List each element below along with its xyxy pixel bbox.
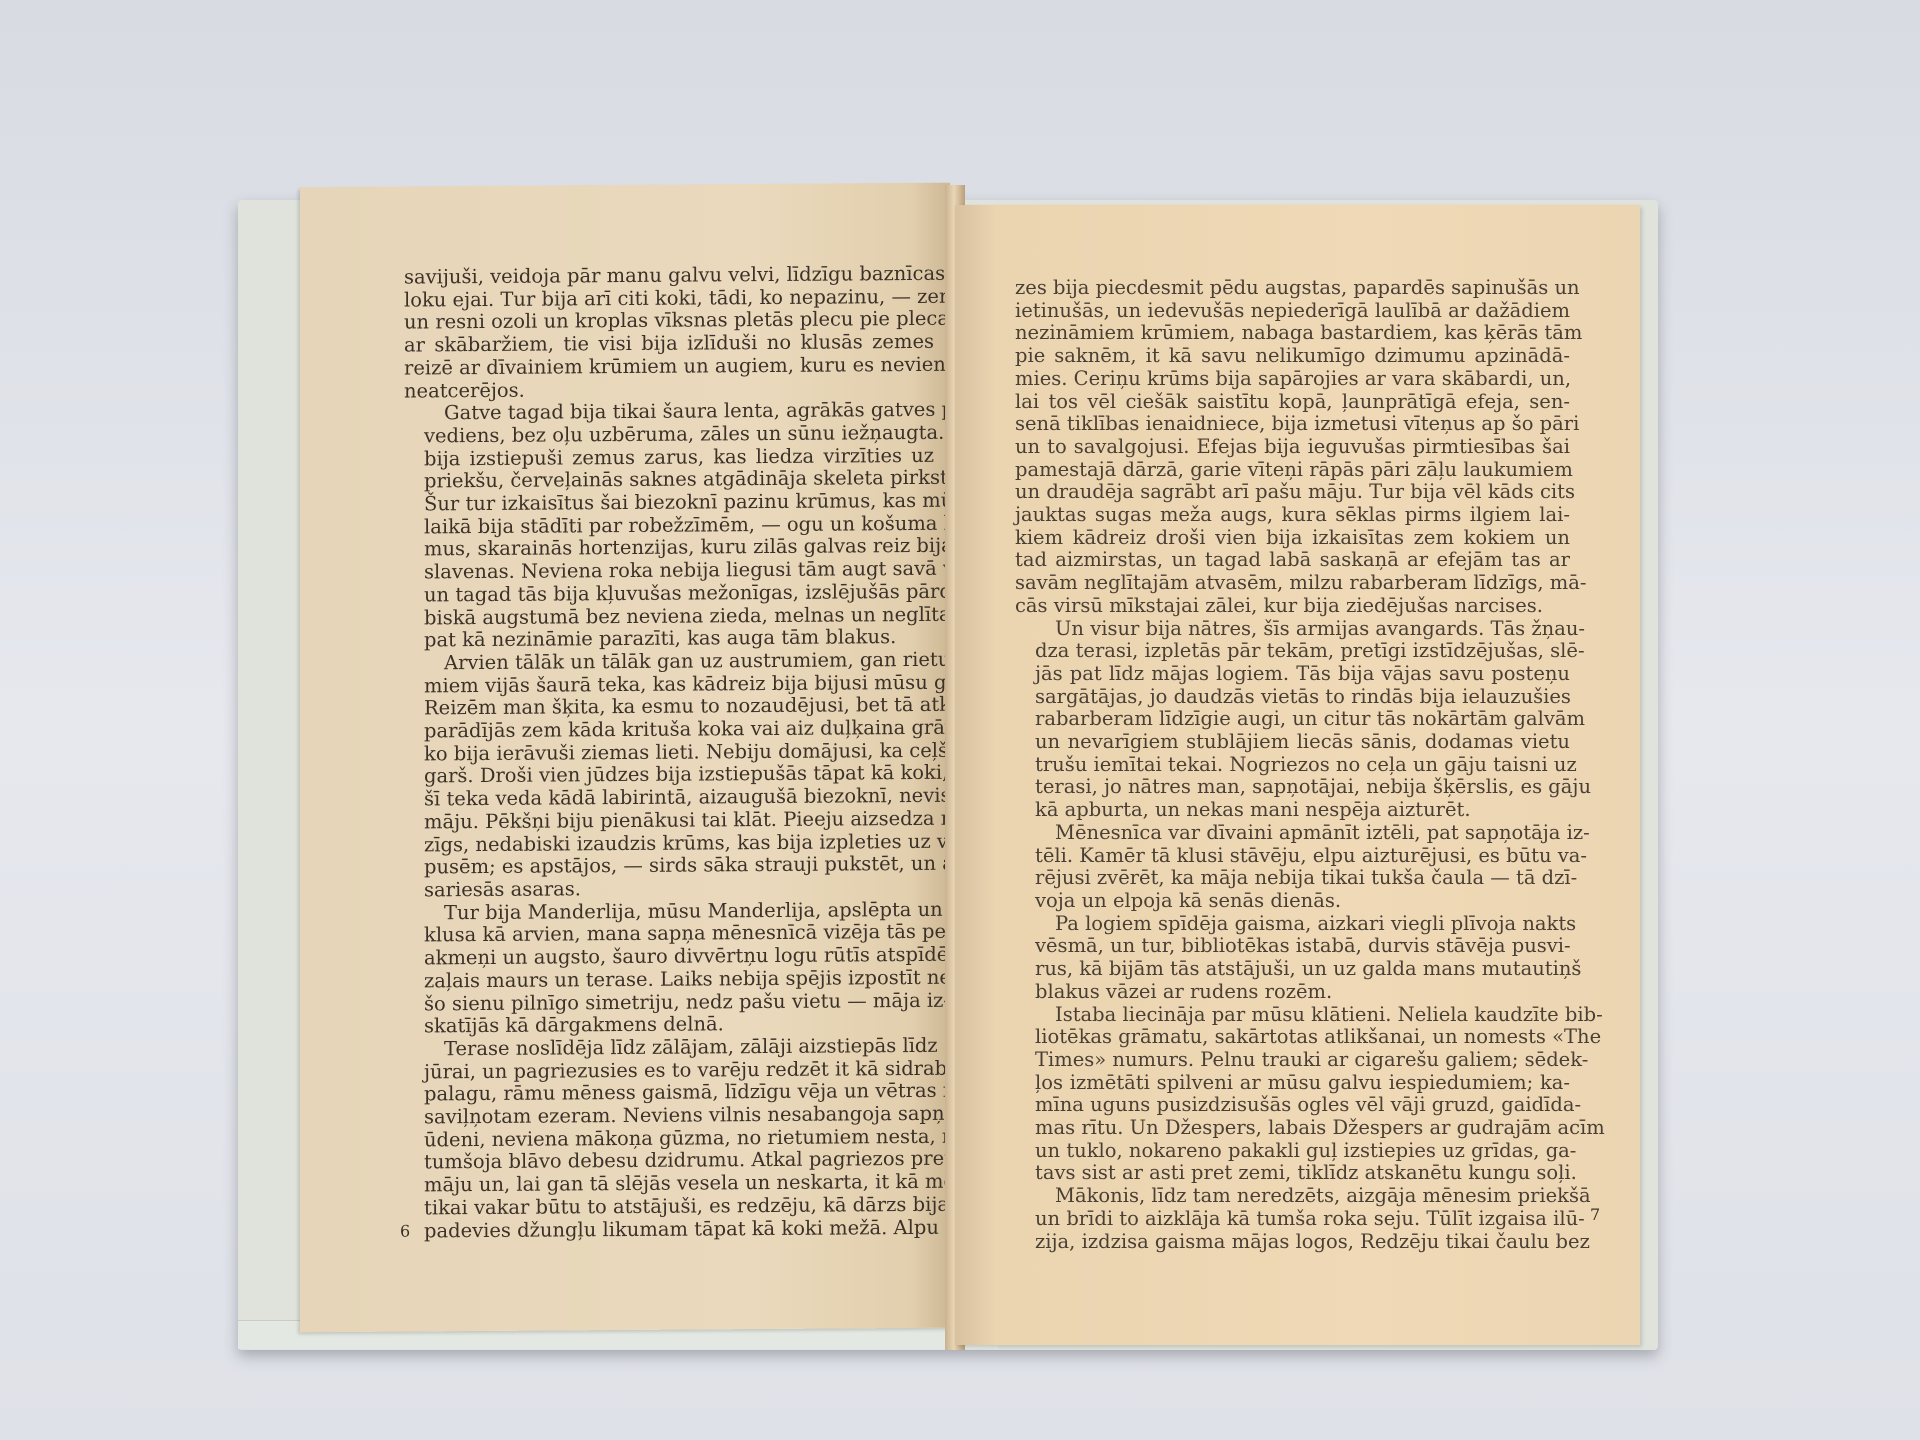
text-line: kiem kādreiz droši vien bija izkaisītas …	[1015, 527, 1570, 550]
text-line: mies. Ceriņu krūms bija sapārojies ar va…	[1015, 368, 1570, 391]
text-line: sargātājas, jo daudzās vietās to rindās …	[1015, 686, 1570, 709]
text-line: rējusi zvērēt, ka māja nebija tikai tukš…	[1015, 867, 1570, 890]
text-line: jauktas sugas meža augs, kura sēklas pir…	[1015, 504, 1570, 527]
text-line: trušu iemītai tekai. Nogriezos no ceļa u…	[1015, 754, 1570, 777]
text-line: cās virsū mīkstajai zālei, kur bija zied…	[1015, 595, 1570, 618]
text-line: mas rītu. Un Džespers, labais Džespers a…	[1015, 1117, 1570, 1140]
text-line: lai tos vēl ciešāk saistītu kopā, ļaunpr…	[1015, 391, 1570, 414]
text-line: Pa logiem spīdēja gaisma, aizkari viegli…	[1015, 913, 1570, 936]
text-line: Istaba liecināja par mūsu klātieni. Neli…	[1015, 1004, 1570, 1027]
text-line: zija, izdzisa gaisma mājas logos, Redzēj…	[1015, 1231, 1570, 1254]
text-line: rus, kā bijām tās atstājuši, un uz galda…	[1015, 958, 1570, 981]
text-line: un draudēja sagrābt arī pašu māju. Tur b…	[1015, 481, 1570, 504]
paragraph: Terase noslīdēja līdz zālājam, zālāji ai…	[404, 1035, 934, 1243]
text-line: terasi, jo nātres man, sapņotājai, nebij…	[1015, 776, 1570, 799]
text-line: ietinušās, un iedevušās nepiederīgā laul…	[1015, 300, 1570, 323]
text-line: Mākonis, līdz tam neredzēts, aizgāja mēn…	[1015, 1185, 1570, 1208]
text-line: rabarberam līdzīgie augi, un citur tās n…	[1015, 708, 1570, 731]
paragraph: zes bija piecdesmit pēdu augstas, papard…	[1015, 277, 1570, 618]
text-line: Mēnesnīca var dīvaini apmānīt iztēli, pa…	[1015, 822, 1570, 845]
text-line: un tuklo, nokareno pakakli guļ izstiepie…	[1015, 1140, 1570, 1163]
paragraph: Arvien tālāk un tālāk gan uz austrumiem,…	[404, 649, 934, 902]
paragraph: Gatve tagad bija tikai šaura lenta, agrā…	[404, 399, 934, 652]
right-page-text: zes bija piecdesmit pēdu augstas, papard…	[1015, 277, 1570, 1253]
text-line: Un visur bija nātres, šīs armijas avanga…	[1015, 618, 1570, 641]
paragraph: Tur bija Manderlija, mūsu Manderlija, ap…	[404, 899, 934, 1039]
text-line: liotēkas grāmatu, sakārtotas atlikšanai,…	[1015, 1026, 1570, 1049]
paragraph: savijuši, veidoja pār manu galvu velvi, …	[404, 263, 934, 403]
paragraph: Istaba liecināja par mūsu klātieni. Neli…	[1015, 1004, 1570, 1186]
text-line: zes bija piecdesmit pēdu augstas, papard…	[1015, 277, 1570, 300]
text-line: tavs sist ar asti pret zemi, tiklīdz ats…	[1015, 1162, 1570, 1185]
paragraph: Pa logiem spīdēja gaisma, aizkari viegli…	[1015, 913, 1570, 1004]
text-line: un nevarīgiem stublājiem liecās sānis, d…	[1015, 731, 1570, 754]
text-line: jās pat līdz mājas logiem. Tās bija vāja…	[1015, 663, 1570, 686]
text-line: dza terasi, izpletās pār tekām, pretīgi …	[1015, 640, 1570, 663]
text-line: savām neglītajām atvasēm, milzu rabarber…	[1015, 572, 1570, 595]
text-line: tad aizmirstas, un tagad labā saskaņā ar…	[1015, 549, 1570, 572]
text-line: ļos izmētāti spilveni ar mūsu galvu iesp…	[1015, 1072, 1570, 1095]
left-page: savijuši, veidoja pār manu galvu velvi, …	[300, 183, 950, 1333]
text-line: šo sienu pilnīgo simetriju, nedz pašu vi…	[404, 989, 934, 1015]
right-page: zes bija piecdesmit pēdu augstas, papard…	[955, 205, 1640, 1345]
text-line: vēsmā, un tur, bibliotēkas istabā, durvi…	[1015, 935, 1570, 958]
left-page-text: savijuši, veidoja pār manu galvu velvi, …	[404, 263, 934, 1243]
text-line: pamestajā dārzā, garie vīteņi rāpās pāri…	[1015, 459, 1570, 482]
text-line: un brīdi to aizklāja kā tumša roka seju.…	[1015, 1208, 1570, 1231]
text-line: padevies džungļu likumam tāpat kā koki m…	[404, 1216, 934, 1242]
text-line: tēli. Kamēr tā klusi stāvēju, elpu aiztu…	[1015, 845, 1570, 868]
text-line: mīna uguns pusizdzisušās ogles vēl vāji …	[1015, 1094, 1570, 1117]
text-line: nezināmiem krūmiem, nabaga bastardiem, k…	[1015, 322, 1570, 345]
text-line: un to savalgojusi. Efejas bija ieguvušas…	[1015, 436, 1570, 459]
paragraph: Mēnesnīca var dīvaini apmānīt iztēli, pa…	[1015, 822, 1570, 913]
right-page-number: 7	[1590, 1205, 1600, 1224]
text-line: pusēm; es apstājos, — sirds sāka strauji…	[404, 853, 934, 879]
text-line: kā apburta, un nekas mani nespēja aiztur…	[1015, 799, 1570, 822]
left-page-number: 6	[400, 1221, 410, 1240]
paragraph: Mākonis, līdz tam neredzēts, aizgāja mēn…	[1015, 1185, 1570, 1253]
text-line: blakus vāzei ar rudens rozēm.	[1015, 981, 1570, 1004]
text-line: senā tiklības ienaidniece, bija izmetusi…	[1015, 413, 1570, 436]
text-line: voja un elpoja kā senās dienās.	[1015, 890, 1570, 913]
paragraph: Un visur bija nātres, šīs armijas avanga…	[1015, 618, 1570, 822]
text-line: reizē ar dīvainiem krūmiem un augiem, ku…	[404, 354, 934, 380]
text-line: Times» numurs. Pelnu trauki ar cigarešu …	[1015, 1049, 1570, 1072]
text-line: pie saknēm, it kā savu nelikumīgo dzimum…	[1015, 345, 1570, 368]
